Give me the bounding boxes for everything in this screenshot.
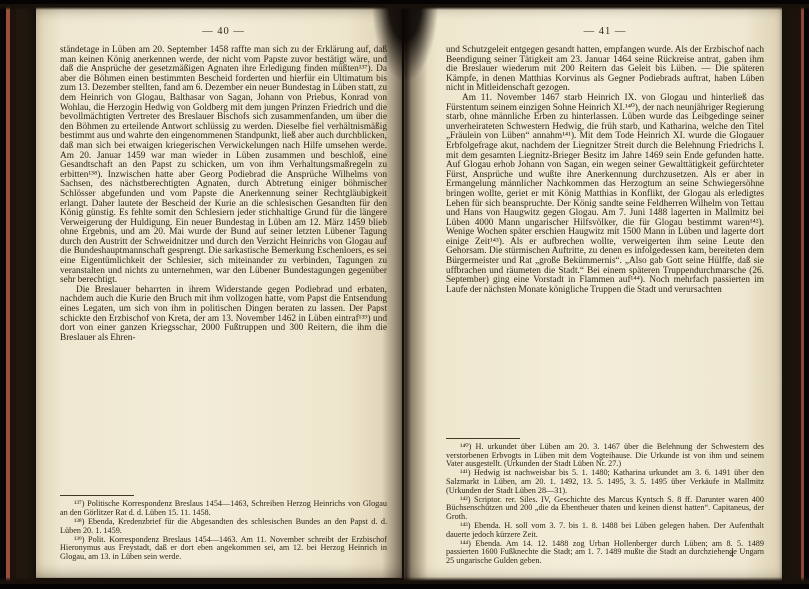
paragraph: Die Breslauer beharrten in ihrem Widerst…: [60, 286, 387, 344]
footnote-divider: [446, 438, 520, 439]
footnote: ¹³⁷) Politische Korrespondenz Breslaus 1…: [60, 500, 387, 518]
footnote: ¹³⁹) Polit. Korrespondenz Breslaus 1454—…: [60, 536, 387, 562]
footnote: ¹⁴⁴) Ebenda. Am 14. 12. 1488 zog Urban H…: [446, 540, 764, 566]
footnote: ¹³⁸) Ebenda, Kredenzbrief für die Abgesa…: [60, 518, 387, 536]
page-left-content: — 40 — ständetage in Lüben am 20. Septem…: [36, 6, 402, 578]
sheet-signature-mark: 4: [729, 550, 734, 560]
book-scan: — 40 — ständetage in Lüben am 20. Septem…: [0, 0, 809, 589]
paragraph: ständetage in Lüben am 20. September 145…: [60, 46, 387, 286]
book-cover-edge-left: [0, 0, 38, 589]
paragraph: und Schutzgeleit entgegen gesandt hatten…: [446, 46, 764, 94]
footnote: ¹⁴³) Ebenda. H. soll vom 3. 7. bis 1. 8.…: [446, 522, 764, 540]
page-number-right: — 41 —: [446, 26, 764, 37]
footnotes-right: ¹⁴⁰) H. urkundet über Lüben am 20. 3. 14…: [446, 443, 764, 566]
footnote: ¹⁴¹) Hedwig ist nachweisbar bis 5. 1. 14…: [446, 469, 764, 495]
page-left: — 40 — ständetage in Lüben am 20. Septem…: [36, 6, 402, 578]
page-right: — 41 — und Schutzgeleit entgegen gesandt…: [404, 4, 782, 582]
page-number-left: — 40 —: [60, 26, 387, 37]
main-text-right: und Schutzgeleit entgegen gesandt hatten…: [446, 46, 764, 295]
book-cover-edge-bottom: [0, 577, 809, 589]
footnote: ¹⁴²) Scriptor. rer. Siles. IV, Geschicht…: [446, 496, 764, 522]
footnote-block-left: ¹³⁷) Politische Korrespondenz Breslaus 1…: [60, 490, 387, 562]
main-text-left: ständetage in Lüben am 20. September 145…: [60, 46, 387, 343]
footnote-block-right: ¹⁴⁰) H. urkundet über Lüben am 20. 3. 14…: [446, 433, 764, 566]
book-cover-edge-top: [0, 0, 809, 10]
paragraph: Am 11. November 1467 starb Heinrich IX. …: [446, 94, 764, 295]
book-cover-edge-right: [779, 0, 809, 589]
footnote: ¹⁴⁰) H. urkundet über Lüben am 20. 3. 14…: [446, 443, 764, 469]
footnote-divider: [60, 495, 134, 496]
footnotes-left: ¹³⁷) Politische Korrespondenz Breslaus 1…: [60, 500, 387, 562]
page-right-content: — 41 — und Schutzgeleit entgegen gesandt…: [404, 4, 782, 582]
